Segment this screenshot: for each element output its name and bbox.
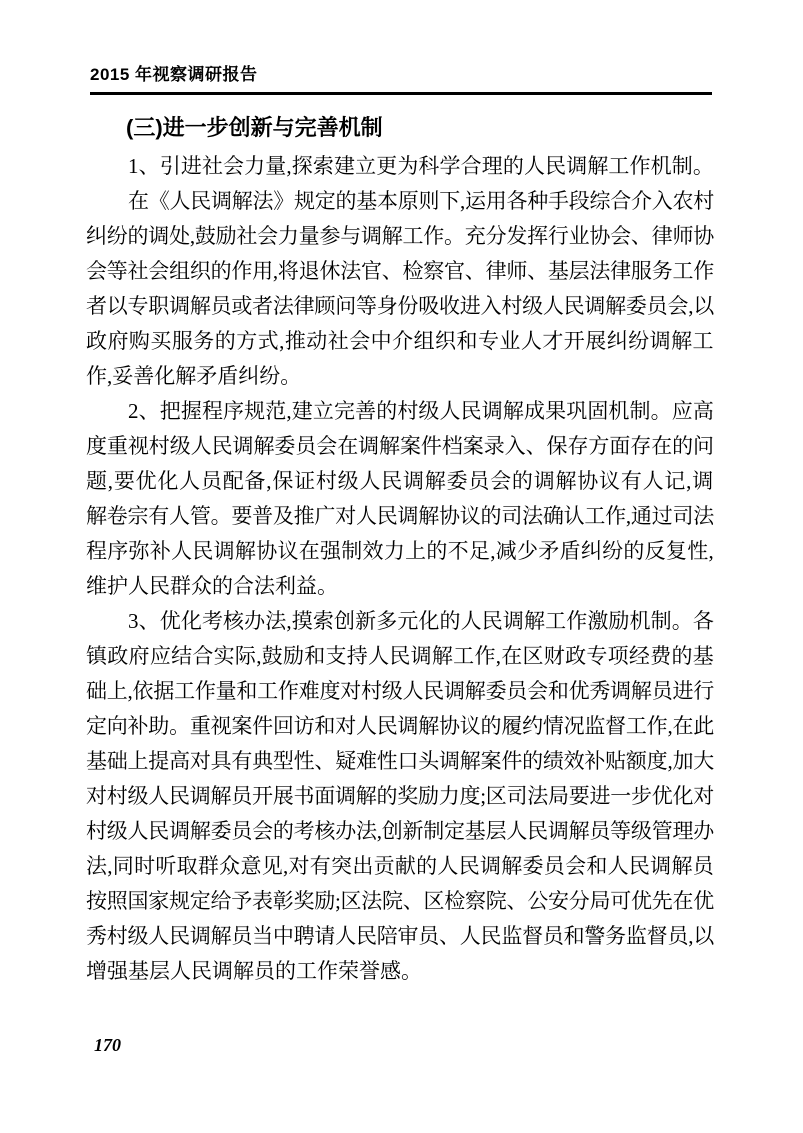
text-line: 对村级人民调解员开展书面调解的奖励力度;区司法局要进一步优化对 <box>86 779 714 814</box>
text-line-content: 定向补助。重视案件回访和对人民调解协议的履约情况监督工作,在此 <box>86 709 714 744</box>
text-line: 程序弥补人民调解协议在强制效力上的不足,减少矛盾纠纷的反复性, <box>86 534 714 569</box>
text-line-content: 对村级人民调解员开展书面调解的奖励力度;区司法局要进一步优化对 <box>86 779 714 814</box>
document-body: (三)进一步创新与完善机制 1、引进社会力量,探索建立更为科学合理的人民调解工作… <box>86 110 714 989</box>
text-line-content: 程序弥补人民调解协议在强制效力上的不足,减少矛盾纠纷的反复性, <box>86 534 714 569</box>
text-line: 2、把握程序规范,建立完善的村级人民调解成果巩固机制。应高 <box>86 394 714 429</box>
text-line: 会等社会组织的作用,将退休法官、检察官、律师、基层法律服务工作 <box>86 254 714 289</box>
text-line-content: 题,要优化人员配备,保证村级人民调解委员会的调解协议有人记,调 <box>86 464 714 499</box>
text-line-content: 纠纷的调处,鼓励社会力量参与调解工作。充分发挥行业协会、律师协 <box>86 219 714 254</box>
text-line: 法,同时听取群众意见,对有突出贡献的人民调解委员会和人民调解员 <box>86 849 714 884</box>
text-line: 3、优化考核办法,摸索创新多元化的人民调解工作激励机制。各 <box>86 604 714 639</box>
text-line-content: 法,同时听取群众意见,对有突出贡献的人民调解委员会和人民调解员 <box>86 849 714 884</box>
document-page: 2015 年视察调研报告 (三)进一步创新与完善机制 1、引进社会力量,探索建立… <box>0 0 803 1133</box>
text-line-content: 秀村级人民调解员当中聘请人民陪审员、人民监督员和警务监督员,以 <box>86 919 714 954</box>
page-header: 2015 年视察调研报告 <box>90 60 712 95</box>
text-line: 秀村级人民调解员当中聘请人民陪审员、人民监督员和警务监督员,以 <box>86 919 714 954</box>
text-line: 在《人民调解法》规定的基本原则下,运用各种手段综合介入农村 <box>86 184 714 219</box>
text-line: 定向补助。重视案件回访和对人民调解协议的履约情况监督工作,在此 <box>86 709 714 744</box>
text-line-content: 按照国家规定给予表彰奖励;区法院、区检察院、公安分局可优先在优 <box>86 884 714 919</box>
text-line-content: 3、优化考核办法,摸索创新多元化的人民调解工作激励机制。各 <box>128 604 714 639</box>
text-line: 增强基层人民调解员的工作荣誉感。 <box>86 954 714 989</box>
text-line: 解卷宗有人管。要普及推广对人民调解协议的司法确认工作,通过司法 <box>86 499 714 534</box>
text-line: 维护人民群众的合法利益。 <box>86 569 714 604</box>
text-line-content: 增强基层人民调解员的工作荣誉感。 <box>86 954 422 989</box>
paragraphs-container: 1、引进社会力量,探索建立更为科学合理的人民调解工作机制。在《人民调解法》规定的… <box>86 149 714 989</box>
text-line: 度重视村级人民调解委员会在调解案件档案录入、保存方面存在的问 <box>86 429 714 464</box>
text-line-content: 村级人民调解委员会的考核办法,创新制定基层人民调解员等级管理办 <box>86 814 714 849</box>
text-line: 基础上提高对具有典型性、疑难性口头调解案件的绩效补贴额度,加大 <box>86 744 714 779</box>
text-line-content: 2、把握程序规范,建立完善的村级人民调解成果巩固机制。应高 <box>128 394 714 429</box>
text-line-content: 会等社会组织的作用,将退休法官、检察官、律师、基层法律服务工作 <box>86 254 714 289</box>
text-line-content: 解卷宗有人管。要普及推广对人民调解协议的司法确认工作,通过司法 <box>86 499 714 534</box>
text-line-content: 作,妥善化解矛盾纠纷。 <box>86 359 301 394</box>
text-line: 镇政府应结合实际,鼓励和支持人民调解工作,在区财政专项经费的基 <box>86 639 714 674</box>
section-heading: (三)进一步创新与完善机制 <box>86 110 714 146</box>
text-line: 村级人民调解委员会的考核办法,创新制定基层人民调解员等级管理办 <box>86 814 714 849</box>
text-line: 础上,依据工作量和工作难度对村级人民调解委员会和优秀调解员进行 <box>86 674 714 709</box>
page-number: 170 <box>94 1035 121 1055</box>
text-line-content: 者以专职调解员或者法律顾问等身份吸收进入村级人民调解委员会,以 <box>86 289 714 324</box>
text-line-content: 镇政府应结合实际,鼓励和支持人民调解工作,在区财政专项经费的基 <box>86 639 714 674</box>
text-line: 纠纷的调处,鼓励社会力量参与调解工作。充分发挥行业协会、律师协 <box>86 219 714 254</box>
text-line-content: 在《人民调解法》规定的基本原则下,运用各种手段综合介入农村 <box>128 184 714 219</box>
text-line: 按照国家规定给予表彰奖励;区法院、区检察院、公安分局可优先在优 <box>86 884 714 919</box>
header-title: 2015 年视察调研报告 <box>90 60 712 85</box>
text-line: 者以专职调解员或者法律顾问等身份吸收进入村级人民调解委员会,以 <box>86 289 714 324</box>
text-line-content: 政府购买服务的方式,推动社会中介组织和专业人才开展纠纷调解工 <box>86 324 714 359</box>
text-line: 作,妥善化解矛盾纠纷。 <box>86 359 714 394</box>
text-line-content: 度重视村级人民调解委员会在调解案件档案录入、保存方面存在的问 <box>86 429 714 464</box>
page-footer: 170 <box>94 1035 121 1056</box>
text-line-content: 维护人民群众的合法利益。 <box>86 569 338 604</box>
text-line: 政府购买服务的方式,推动社会中介组织和专业人才开展纠纷调解工 <box>86 324 714 359</box>
text-line-content: 础上,依据工作量和工作难度对村级人民调解委员会和优秀调解员进行 <box>86 674 714 709</box>
text-line-content: 1、引进社会力量,探索建立更为科学合理的人民调解工作机制。 <box>128 149 714 184</box>
text-line-content: 基础上提高对具有典型性、疑难性口头调解案件的绩效补贴额度,加大 <box>86 744 714 779</box>
text-line: 题,要优化人员配备,保证村级人民调解委员会的调解协议有人记,调 <box>86 464 714 499</box>
text-line: 1、引进社会力量,探索建立更为科学合理的人民调解工作机制。 <box>86 149 714 184</box>
